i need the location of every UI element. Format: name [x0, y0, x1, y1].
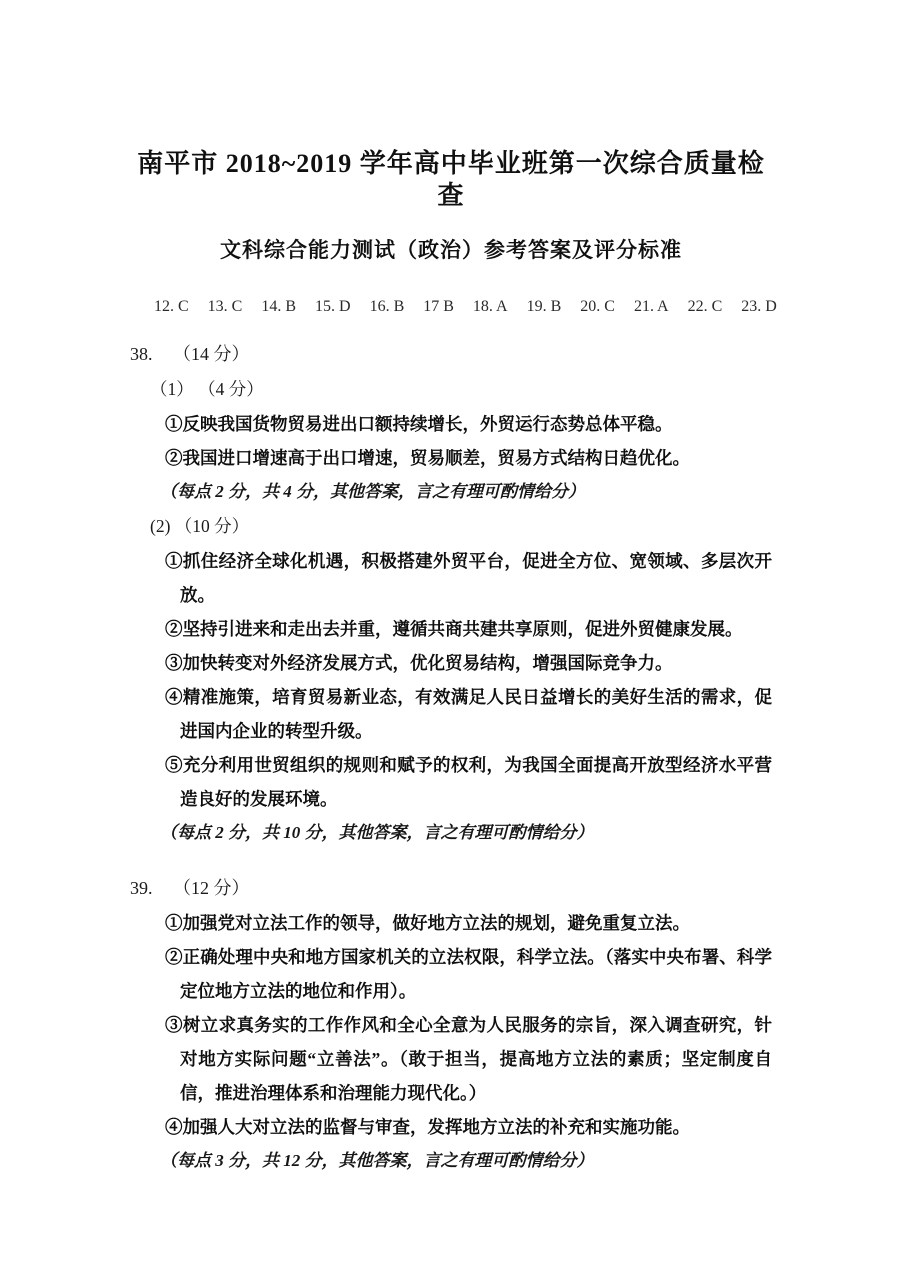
- answer-point: ③树立求真务实的工作作风和全心全意为人民服务的宗旨，深入调查研究，针对地方实际问…: [180, 1008, 772, 1110]
- choice-answer: 20. C: [580, 298, 615, 316]
- answer-point: ②正确处理中央和地方国家机关的立法权限，科学立法。（落实中央布署、科学定位地方立…: [180, 940, 772, 1008]
- choice-answer-row: 12. C 13. C 14. B 15. D 16. B 17 B 18. A…: [130, 298, 772, 316]
- question-38-part2-label: (2) （10 分）: [150, 509, 772, 544]
- question-39-heading: 39. （12 分）: [130, 870, 772, 906]
- answer-point: ④精准施策，培育贸易新业态，有效满足人民日益增长的美好生活的需求，促进国内企业的…: [180, 680, 772, 748]
- document-page: 南平市 2018~2019 学年高中毕业班第一次综合质量检查 文科综合能力测试（…: [0, 0, 900, 1272]
- question-38-part1-label: （1） （4 分）: [150, 372, 772, 407]
- answer-point: ④加强人大对立法的监督与审查，发挥地方立法的补充和实施功能。: [180, 1110, 772, 1144]
- document-content: 南平市 2018~2019 学年高中毕业班第一次综合质量检查 文科综合能力测试（…: [0, 0, 900, 1178]
- scoring-note: （每点 2 分，共 4 分，其他答案，言之有理可酌情给分）: [160, 475, 772, 509]
- question-38: 38. （14 分） （1） （4 分） ①反映我国货物贸易进出口额持续增长，外…: [130, 336, 772, 850]
- answer-point: ③加快转变对外经济发展方式，优化贸易结构，增强国际竞争力。: [180, 646, 772, 680]
- answer-point: ①抓住经济全球化机遇，积极搭建外贸平台，促进全方位、宽领域、多层次开放。: [180, 544, 772, 612]
- question-39: 39. （12 分） ①加强党对立法工作的领导，做好地方立法的规划，避免重复立法…: [130, 870, 772, 1178]
- scoring-note: （每点 2 分，共 10 分，其他答案，言之有理可酌情给分）: [160, 816, 772, 850]
- question-points: （14 分）: [173, 344, 250, 364]
- choice-answer: 12. C: [154, 298, 189, 316]
- page-subtitle: 文科综合能力测试（政治）参考答案及评分标准: [130, 236, 772, 264]
- question-number: 38.: [130, 344, 153, 364]
- answer-point: ①反映我国货物贸易进出口额持续增长，外贸运行态势总体平稳。: [180, 407, 772, 441]
- answer-point: ⑤充分利用世贸组织的规则和赋予的权利，为我国全面提高开放型经济水平营造良好的发展…: [180, 748, 772, 816]
- answer-point: ①加强党对立法工作的领导，做好地方立法的规划，避免重复立法。: [180, 906, 772, 940]
- choice-answer: 15. D: [315, 298, 351, 316]
- page-title: 南平市 2018~2019 学年高中毕业班第一次综合质量检查: [130, 148, 772, 212]
- choice-answer: 16. B: [370, 298, 405, 316]
- question-number: 39.: [130, 878, 153, 898]
- question-38-heading: 38. （14 分）: [130, 336, 772, 372]
- choice-answer: 21. A: [634, 298, 669, 316]
- scoring-note: （每点 3 分，共 12 分，其他答案，言之有理可酌情给分）: [160, 1144, 772, 1178]
- choice-answer: 13. C: [208, 298, 243, 316]
- answer-point: ②我国进口增速高于出口增速，贸易顺差，贸易方式结构日趋优化。: [180, 441, 772, 475]
- choice-answer: 14. B: [261, 298, 296, 316]
- choice-answer: 22. C: [688, 298, 723, 316]
- answer-point: ②坚持引进来和走出去并重，遵循共商共建共享原则，促进外贸健康发展。: [180, 612, 772, 646]
- question-points: （12 分）: [173, 878, 250, 898]
- choice-answer: 17 B: [423, 298, 454, 316]
- choice-answer: 18. A: [473, 298, 508, 316]
- choice-answer: 19. B: [527, 298, 562, 316]
- choice-answer: 23. D: [741, 298, 777, 316]
